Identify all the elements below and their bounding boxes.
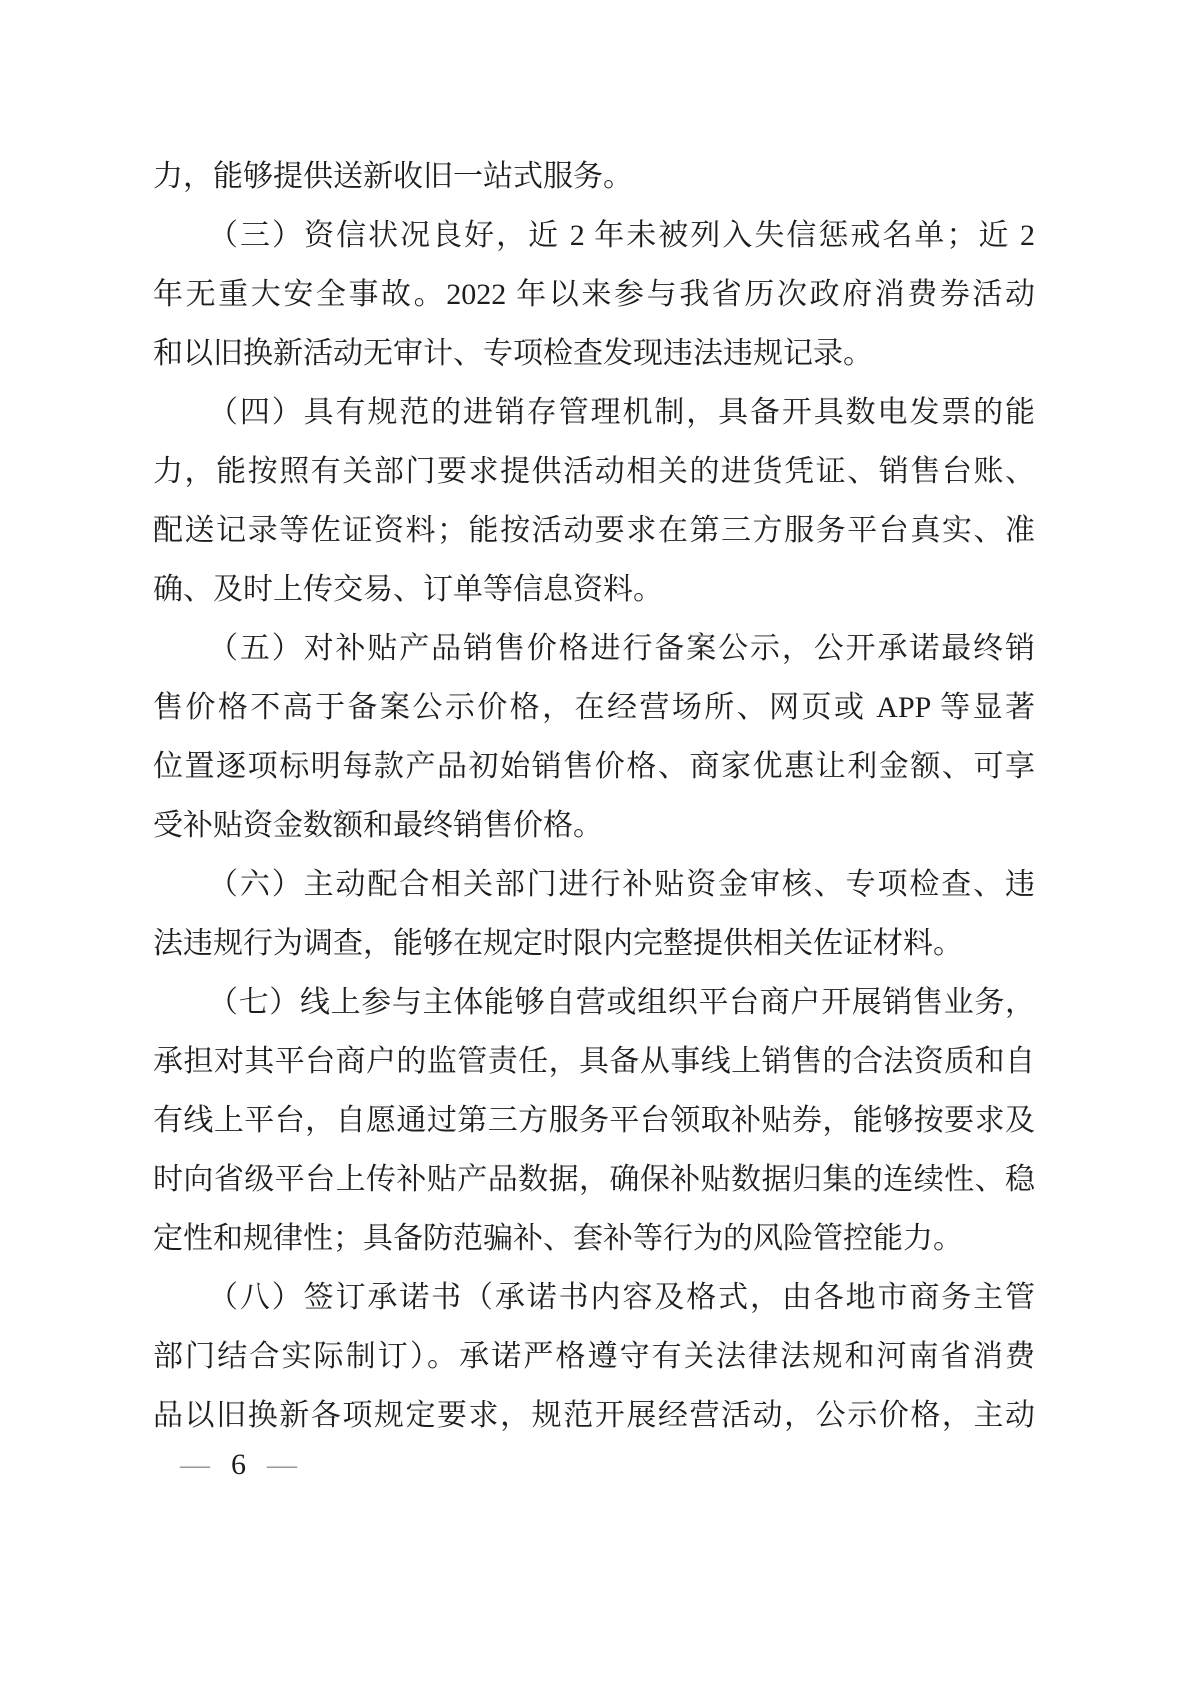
page-footer: — 6 — [180,1447,297,1483]
text-line: 确、及时上传交易、订单等信息资料。 [153,560,1035,619]
text-line: 位置逐项标明每款产品初始销售价格、商家优惠让利金额、可享 [153,737,1035,796]
text-line: 承担对其平台商户的监管责任，具备从事线上销售的合法资质和自 [153,1032,1035,1091]
document-body: 力，能够提供送新收旧一站式服务。（三）资信状况良好，近 2 年未被列入失信惩戒名… [153,147,1035,1445]
document-page: 力，能够提供送新收旧一站式服务。（三）资信状况良好，近 2 年未被列入失信惩戒名… [0,0,1190,1682]
text-line: 法违规行为调查，能够在规定时限内完整提供相关佐证材料。 [153,914,1035,973]
text-line: （五）对补贴产品销售价格进行备案公示，公开承诺最终销 [153,619,1035,678]
footer-dash-right: — [267,1447,297,1483]
text-line: 配送记录等佐证资料；能按活动要求在第三方服务平台真实、准 [153,501,1035,560]
text-line: （七）线上参与主体能够自营或组织平台商户开展销售业务，并 [153,973,1035,1032]
text-line: 部门结合实际制订）。承诺严格遵守有关法律法规和河南省消费 [153,1327,1035,1386]
text-line: 定性和规律性；具备防范骗补、套补等行为的风险管控能力。 [153,1209,1035,1268]
text-line: 受补贴资金数额和最终销售价格。 [153,796,1035,855]
text-line: （四）具有规范的进销存管理机制，具备开具数电发票的能 [153,383,1035,442]
text-line: 和以旧换新活动无审计、专项检查发现违法违规记录。 [153,324,1035,383]
text-line: 力，能按照有关部门要求提供活动相关的进货凭证、销售台账、 [153,442,1035,501]
text-line: 有线上平台，自愿通过第三方服务平台领取补贴券，能够按要求及 [153,1091,1035,1150]
text-line: （三）资信状况良好，近 2 年未被列入失信惩戒名单；近 2 [153,206,1035,265]
page-number: 6 [231,1447,246,1483]
text-line: 时向省级平台上传补贴产品数据，确保补贴数据归集的连续性、稳 [153,1150,1035,1209]
text-line: 年无重大安全事故。2022 年以来参与我省历次政府消费券活动 [153,265,1035,324]
text-line: 品以旧换新各项规定要求，规范开展经营活动，公示价格，主动 [153,1386,1035,1445]
text-line: 售价格不高于备案公示价格，在经营场所、网页或 APP 等显著 [153,678,1035,737]
text-line: 力，能够提供送新收旧一站式服务。 [153,147,1035,206]
footer-dash-left: — [180,1447,210,1483]
text-line: （六）主动配合相关部门进行补贴资金审核、专项检查、违 [153,855,1035,914]
text-line: （八）签订承诺书（承诺书内容及格式，由各地市商务主管 [153,1268,1035,1327]
